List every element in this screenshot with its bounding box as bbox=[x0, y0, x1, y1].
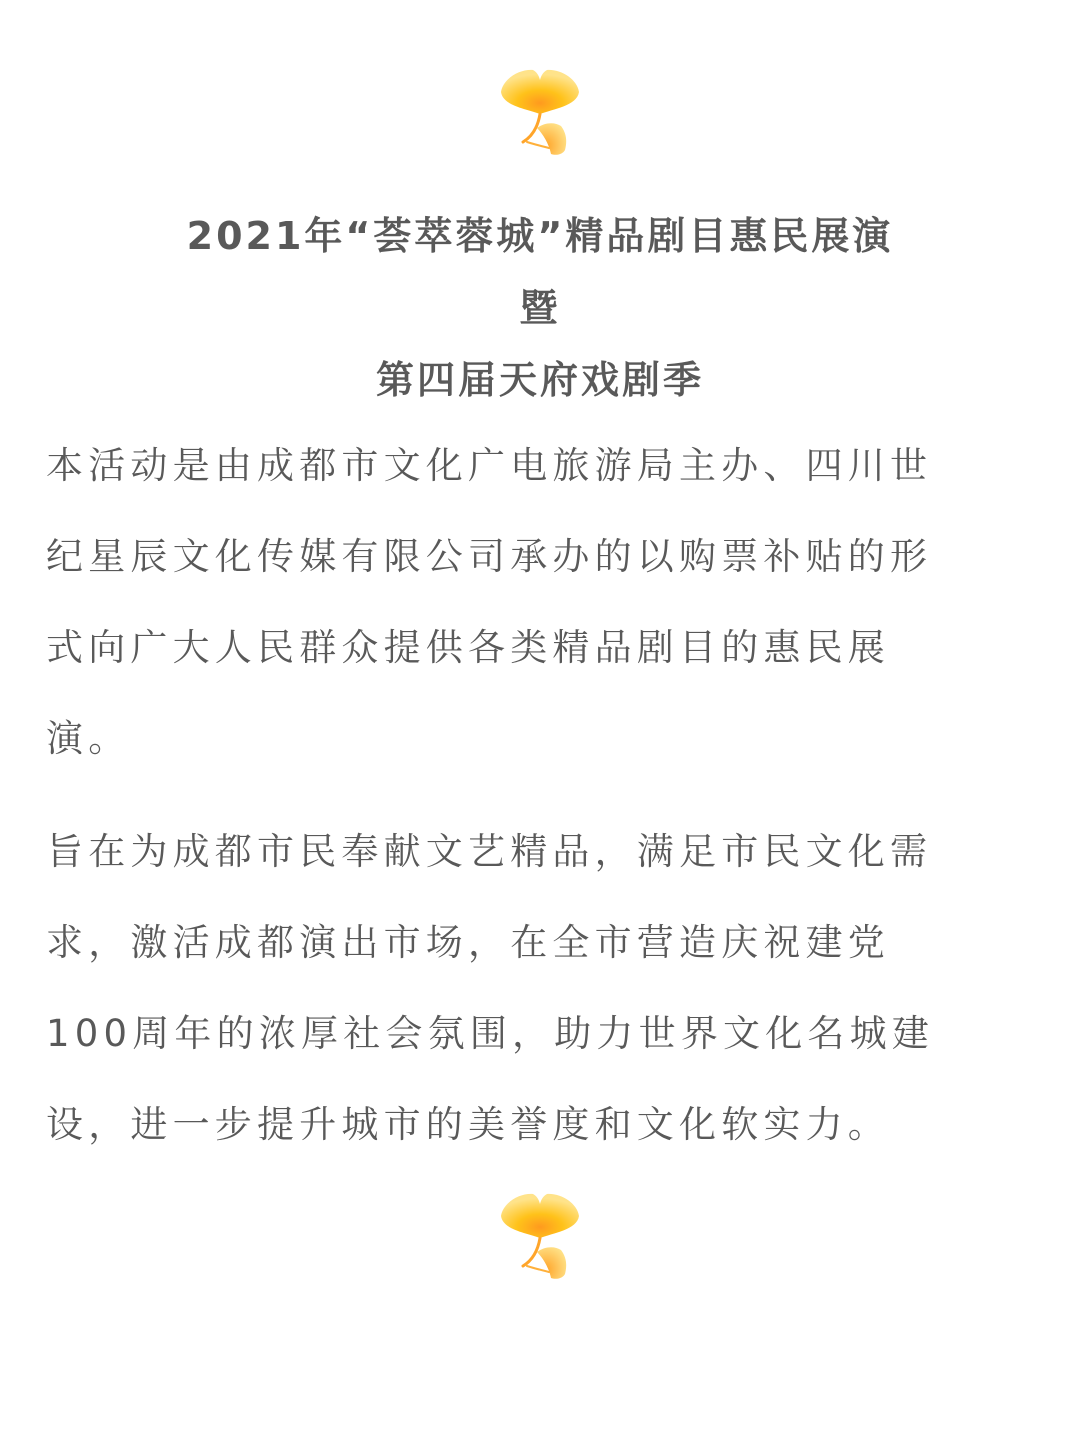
purpose-paragraph: 旨在为成都市民奉献文艺精品，满足市民文化需 求，激活成都演出市场，在全市营造庆祝… bbox=[46, 806, 1036, 1170]
text-line: 求，激活成都演出市场，在全市营造庆祝建党 bbox=[46, 897, 1036, 988]
title-line-subtitle: 第四届天府戏剧季 bbox=[0, 344, 1080, 416]
text-line: 式向广大人民群众提供各类精品剧目的惠民展 bbox=[46, 602, 1036, 693]
title-line-conjunction: 暨 bbox=[0, 272, 1080, 344]
text-line: 设，进一步提升城市的美誉度和文化软实力。 bbox=[46, 1079, 1036, 1170]
ginkgo-leaf-icon bbox=[497, 64, 583, 164]
intro-paragraph: 本活动是由成都市文化广电旅游局主办、四川世 纪星辰文化传媒有限公司承办的以购票补… bbox=[46, 420, 1036, 784]
text-line: 100周年的浓厚社会氛围，助力世界文化名城建 bbox=[46, 988, 1036, 1079]
text-line: 本活动是由成都市文化广电旅游局主办、四川世 bbox=[46, 420, 1036, 511]
title-line-main: 2021年“荟萃蓉城”精品剧目惠民展演 bbox=[0, 200, 1080, 272]
text-line: 旨在为成都市民奉献文艺精品，满足市民文化需 bbox=[46, 806, 1036, 897]
text-line: 纪星辰文化传媒有限公司承办的以购票补贴的形 bbox=[46, 511, 1036, 602]
event-title: 2021年“荟萃蓉城”精品剧目惠民展演 暨 第四届天府戏剧季 bbox=[0, 200, 1080, 416]
ginkgo-leaf-icon bbox=[497, 1188, 583, 1288]
text-line: 演。 bbox=[46, 693, 1036, 784]
